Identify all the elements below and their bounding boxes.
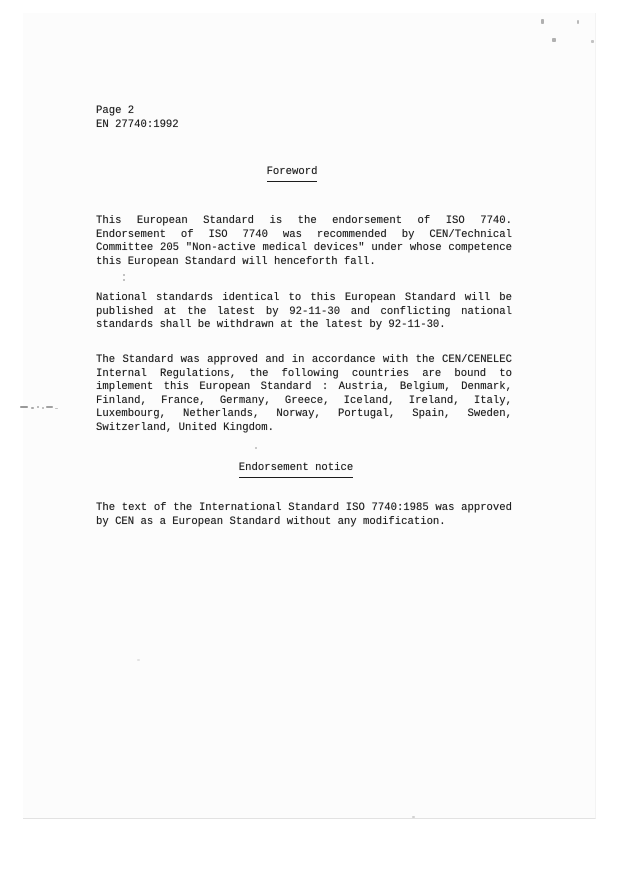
foreword-heading: Foreword [84, 166, 500, 182]
text-line: Committee 205 "Non-active medical device… [96, 242, 512, 256]
text-line: Finland, France, Germany, Greece, Icelan… [96, 395, 512, 409]
scan-speck-top-right-1 [541, 19, 544, 24]
endorsement-heading-text: Endorsement notice [239, 462, 353, 478]
text-line: published at the latest by 92-11-30 and … [96, 306, 512, 320]
text-line: Endorsement of ISO 7740 was recommended … [96, 229, 512, 243]
endorsement-paragraph: The text of the International Standard I… [96, 502, 512, 529]
text-line: Luxembourg, Netherlands, Norway, Portuga… [96, 408, 512, 422]
document-scan: Page 2 EN 27740:1992 Foreword This Europ… [0, 0, 618, 874]
endorsement-heading: Endorsement notice [88, 462, 504, 478]
scan-speck-top-right-3 [552, 38, 556, 42]
colon-smudge-top-dot [123, 274, 125, 276]
foreword-paragraph-3: The Standard was approved and in accorda… [96, 354, 512, 435]
scan-speck-lower-left [137, 659, 140, 661]
margin-smudge-2 [31, 407, 34, 409]
scan-speck-bottom [412, 816, 415, 818]
page-number-label: Page 2 [96, 105, 179, 119]
text-line: this European Standard will henceforth f… [96, 256, 512, 270]
page-header: Page 2 EN 27740:1992 [96, 105, 179, 132]
text-line: Switzerland, United Kingdom. [96, 422, 512, 436]
text-line: implement this European Standard : Austr… [96, 381, 512, 395]
margin-smudge-6 [55, 408, 58, 409]
margin-smudge-5 [46, 406, 53, 408]
margin-smudge-3 [37, 406, 39, 408]
text-line: by CEN as a European Standard without an… [96, 516, 512, 530]
scan-speck-mid [255, 447, 257, 449]
scan-speck-top-right-4 [591, 40, 594, 43]
text-line: This European Standard is the endorsemen… [96, 215, 512, 229]
text-line: National standards identical to this Eur… [96, 292, 512, 306]
text-line: The Standard was approved and in accorda… [96, 354, 512, 368]
foreword-paragraph-1: This European Standard is the endorsemen… [96, 215, 512, 269]
text-line: Internal Regulations, the following coun… [96, 368, 512, 382]
page-paper: Page 2 EN 27740:1992 Foreword This Europ… [23, 13, 596, 819]
foreword-paragraph-2: National standards identical to this Eur… [96, 292, 512, 333]
scan-speck-top-right-2 [577, 20, 579, 24]
margin-smudge-4 [42, 407, 44, 409]
text-line: The text of the International Standard I… [96, 502, 512, 516]
foreword-heading-text: Foreword [267, 166, 318, 182]
standard-reference: EN 27740:1992 [96, 119, 179, 133]
margin-smudge-1 [20, 406, 28, 408]
colon-smudge-bottom-dot [123, 279, 125, 281]
text-line: standards shall be withdrawn at the late… [96, 319, 512, 333]
